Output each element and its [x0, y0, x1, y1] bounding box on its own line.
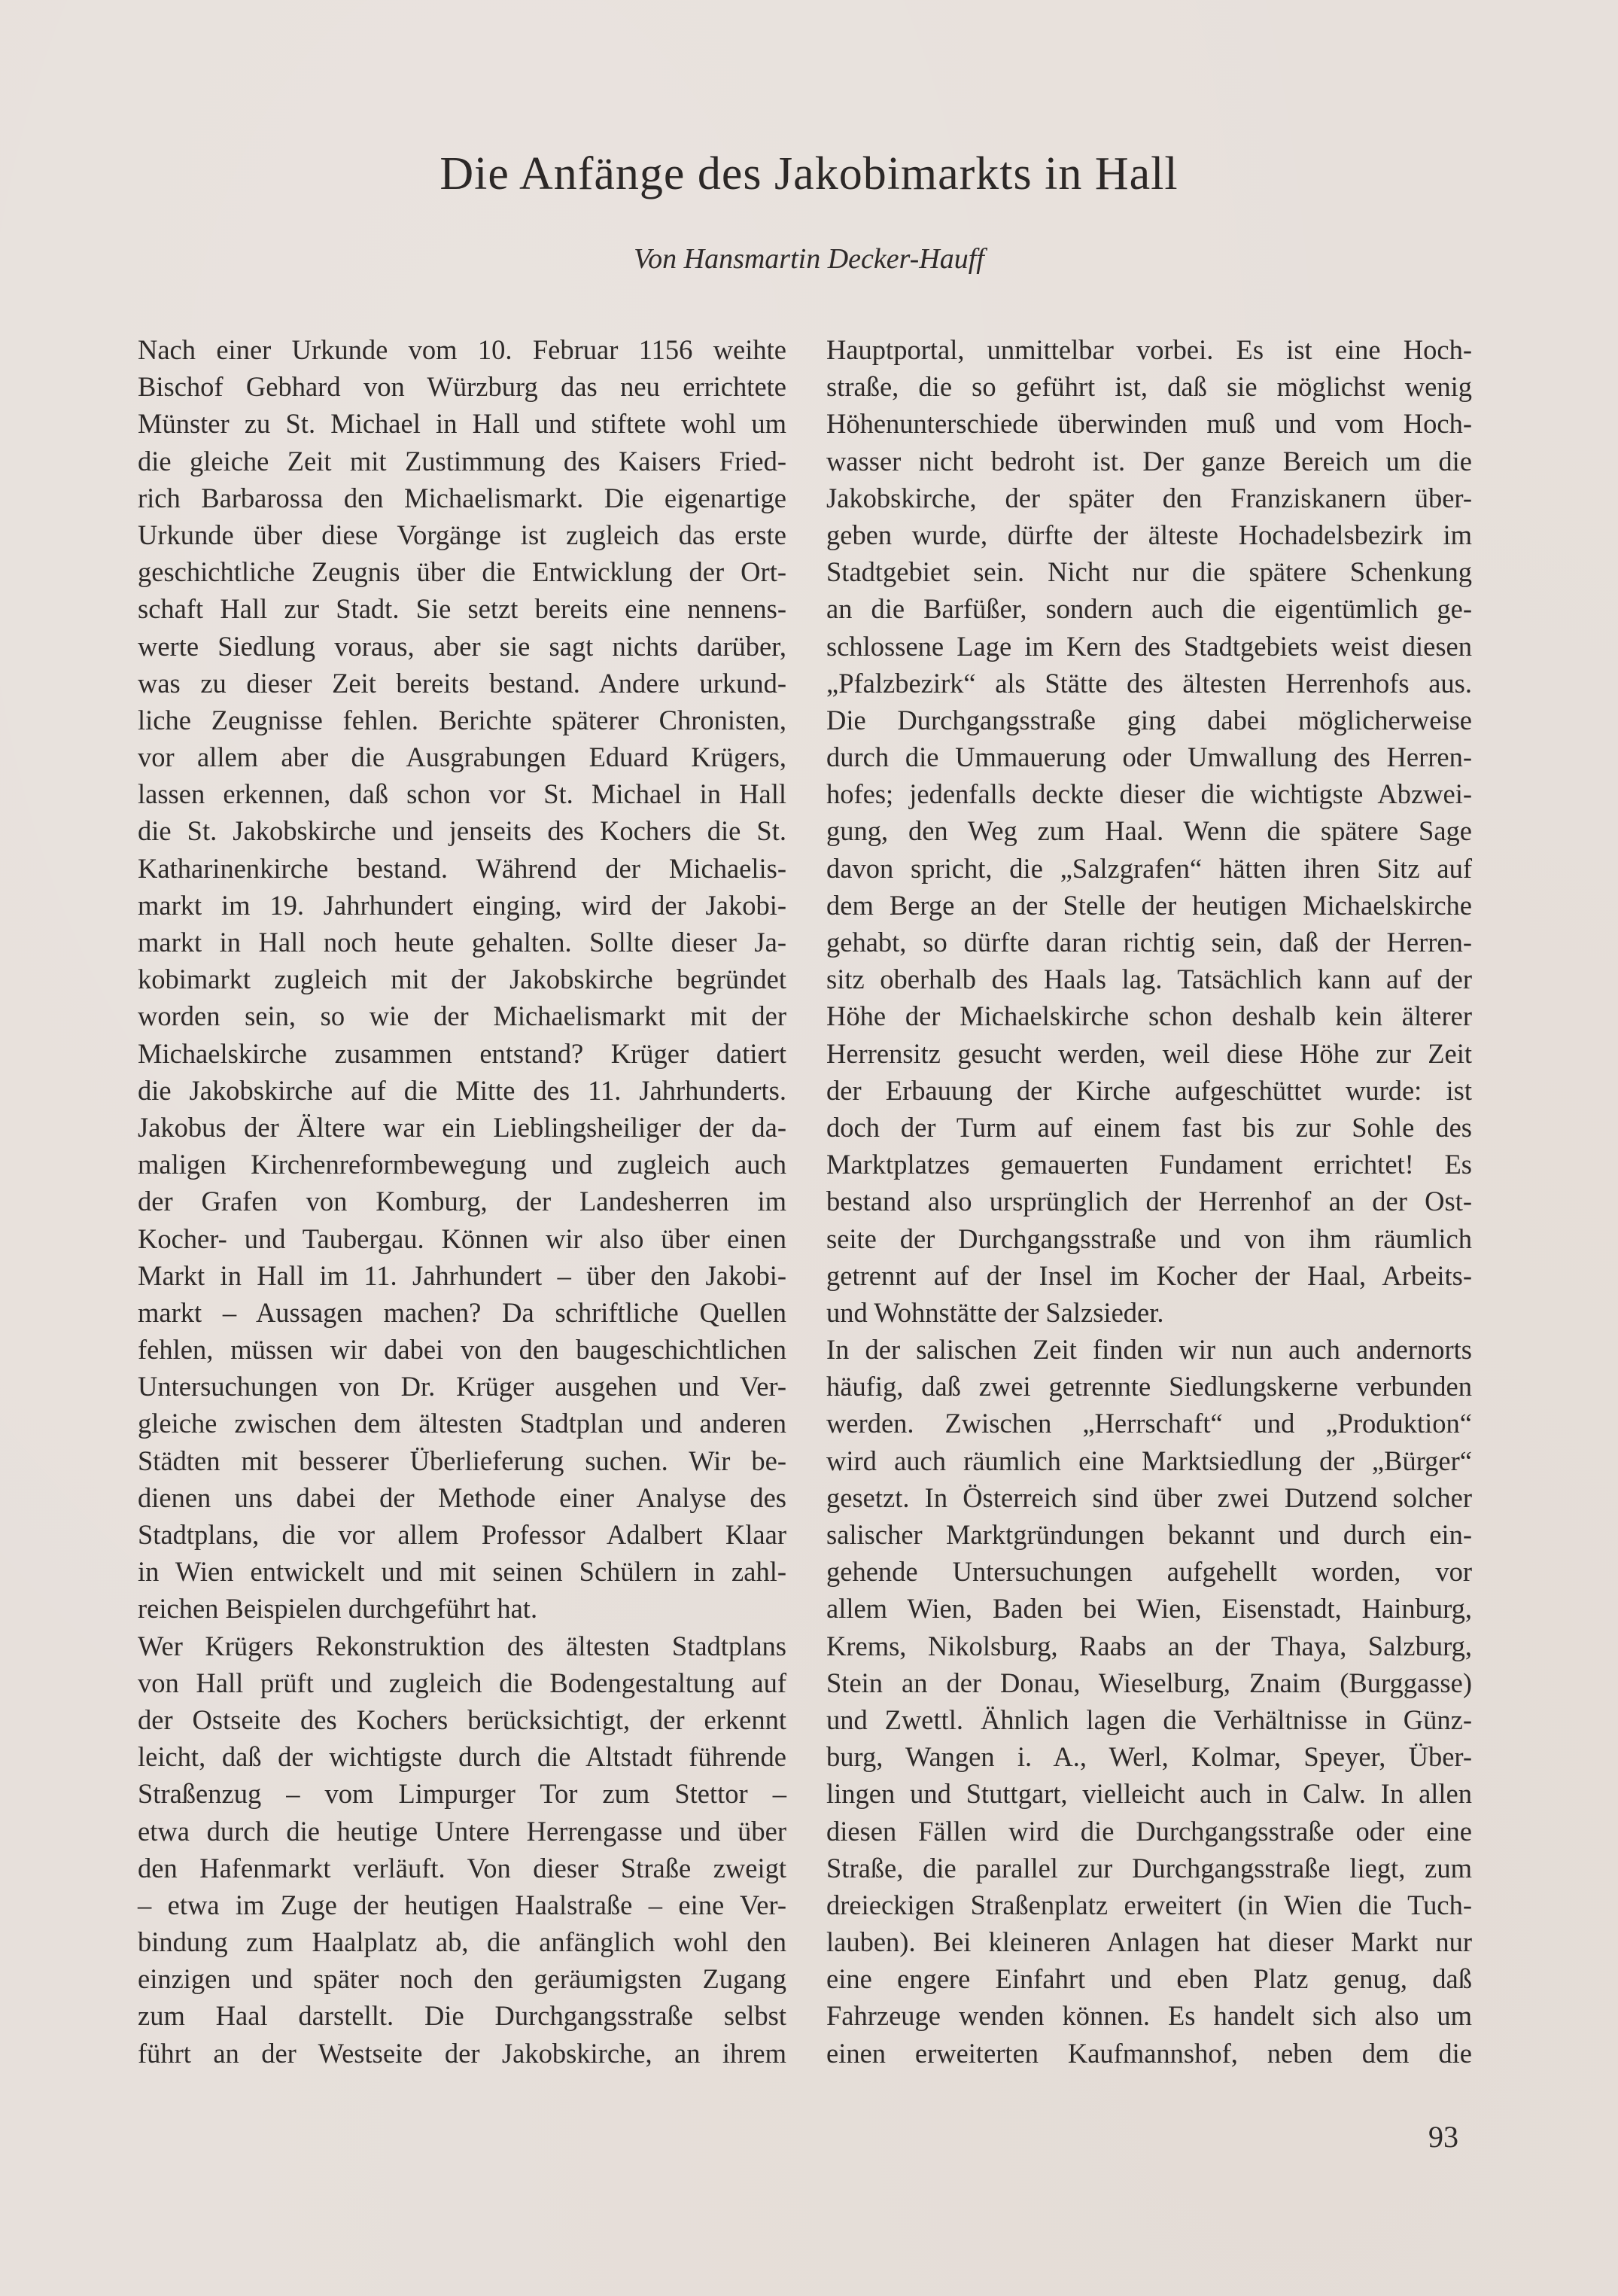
- text-line: Nach einer Urkunde vom 10. Februar 1156 …: [138, 331, 786, 368]
- text-line: geben wurde, dürfte der älteste Hochadel…: [826, 516, 1472, 553]
- text-line: und Wohnstätte der Salzsieder.: [826, 1294, 1472, 1331]
- text-line: lassen erkennen, daß schon vor St. Micha…: [138, 775, 786, 812]
- text-line: diesen Fällen wird die Durchgangsstraße …: [826, 1813, 1472, 1850]
- page-number: 93: [1428, 2119, 1458, 2154]
- text-line: Höhenunterschiede überwinden muß und vom…: [826, 405, 1472, 442]
- text-line: gehende Untersuchungen aufgehellt worden…: [826, 1553, 1472, 1590]
- text-line: schaft Hall zur Stadt. Sie setzt bereits…: [138, 590, 786, 627]
- text-line: „Pfalzbezirk“ als Stätte des ältesten He…: [826, 665, 1472, 702]
- text-line: markt – Aussagen machen? Da schriftliche…: [138, 1294, 786, 1331]
- text-line: Herrensitz gesucht werden, weil diese Hö…: [826, 1035, 1472, 1072]
- text-line: die St. Jakobskirche und jenseits des Ko…: [138, 812, 786, 849]
- text-line: Kocher- und Taubergau. Können wir also ü…: [138, 1220, 786, 1257]
- text-line: Bischof Gebhard von Würzburg das neu err…: [138, 368, 786, 405]
- text-line: Jakobskirche, der später den Franziskane…: [826, 480, 1472, 516]
- text-line: wasser nicht bedroht ist. Der ganze Bere…: [826, 443, 1472, 480]
- text-line: liche Zeugnisse fehlen. Berichte spätere…: [138, 702, 786, 738]
- text-line: Untersuchungen von Dr. Krüger ausgehen u…: [138, 1368, 786, 1405]
- text-line: Höhe der Michaelskirche schon deshalb ke…: [826, 997, 1472, 1034]
- text-line: schlossene Lage im Kern des Stadtgebiets…: [826, 628, 1472, 665]
- text-line: werte Siedlung voraus, aber sie sagt nic…: [138, 628, 786, 665]
- text-line: worden sein, so wie der Michaelismarkt m…: [138, 997, 786, 1034]
- body-column-left: Nach einer Urkunde vom 10. Februar 1156 …: [138, 331, 786, 2072]
- text-line: markt im 19. Jahrhundert einging, wird d…: [138, 887, 786, 924]
- text-line: Markt in Hall im 11. Jahrhundert – über …: [138, 1257, 786, 1294]
- text-line: Stadtgebiet sein. Nicht nur die spätere …: [826, 553, 1472, 590]
- body-column-right: Hauptportal, unmittelbar vorbei. Es ist …: [826, 331, 1472, 2072]
- text-line: gung, den Weg zum Haal. Wenn die spätere…: [826, 812, 1472, 849]
- text-line: der Grafen von Komburg, der Landesherren…: [138, 1183, 786, 1220]
- text-line: – etwa im Zuge der heutigen Haalstraße –…: [138, 1886, 786, 1923]
- text-line: reichen Beispielen durchgeführt hat.: [138, 1590, 786, 1627]
- text-line: vor allem aber die Ausgrabungen Eduard K…: [138, 738, 786, 775]
- text-line: Wer Krügers Rekonstruktion des ältesten …: [138, 1628, 786, 1664]
- text-line: was zu dieser Zeit bereits bestand. Ande…: [138, 665, 786, 702]
- text-line: fehlen, müssen wir dabei von den baugesc…: [138, 1331, 786, 1368]
- text-line: häufig, daß zwei getrennte Siedlungskern…: [826, 1368, 1472, 1405]
- text-line: Urkunde über diese Vorgänge ist zugleich…: [138, 516, 786, 553]
- text-line: Stadtplans, die vor allem Professor Adal…: [138, 1516, 786, 1553]
- document-page: Die Anfänge des Jakobimarkts in Hall Von…: [0, 0, 1618, 2296]
- text-line: Stein an der Donau, Wieselburg, Znaim (B…: [826, 1664, 1472, 1701]
- text-line: allem Wien, Baden bei Wien, Eisenstadt, …: [826, 1590, 1472, 1627]
- text-line: lingen und Stuttgart, vielleicht auch in…: [826, 1775, 1472, 1812]
- text-line: durch die Ummauerung oder Umwallung des …: [826, 738, 1472, 775]
- text-line: Katharinenkirche bestand. Während der Mi…: [138, 850, 786, 887]
- article-title: Die Anfänge des Jakobimarkts in Hall: [0, 148, 1618, 201]
- text-line: gehabt, so dürfte daran richtig sein, da…: [826, 924, 1472, 961]
- text-line: dem Berge an der Stelle der heutigen Mic…: [826, 887, 1472, 924]
- text-line: hofes; jedenfalls deckte dieser die wich…: [826, 775, 1472, 812]
- text-line: markt in Hall noch heute gehalten. Sollt…: [138, 924, 786, 961]
- text-line: eine engere Einfahrt und eben Platz genu…: [826, 1960, 1472, 1997]
- text-line: Straßenzug – vom Limpurger Tor zum Stett…: [138, 1775, 786, 1812]
- text-line: Jakobus der Ältere war ein Lieblingsheil…: [138, 1109, 786, 1146]
- text-line: Michaelskirche zusammen entstand? Krüger…: [138, 1035, 786, 1072]
- text-line: getrennt auf der Insel im Kocher der Haa…: [826, 1257, 1472, 1294]
- text-line: in Wien entwickelt und mit seinen Schüle…: [138, 1553, 786, 1590]
- text-line: führt an der Westseite der Jakobskirche,…: [138, 2035, 786, 2072]
- text-line: leicht, daß der wichtigste durch die Alt…: [138, 1738, 786, 1775]
- text-line: Hauptportal, unmittelbar vorbei. Es ist …: [826, 331, 1472, 368]
- text-line: In der salischen Zeit finden wir nun auc…: [826, 1331, 1472, 1368]
- text-line: Städten mit besserer Überlieferung suche…: [138, 1442, 786, 1479]
- text-line: wird auch räumlich eine Marktsiedlung de…: [826, 1442, 1472, 1479]
- text-line: den Hafenmarkt verläuft. Von dieser Stra…: [138, 1850, 786, 1886]
- text-line: die Jakobskirche auf die Mitte des 11. J…: [138, 1072, 786, 1109]
- text-line: doch der Turm auf einem fast bis zur Soh…: [826, 1109, 1472, 1146]
- article-byline: Von Hansmartin Decker-Hauff: [0, 242, 1618, 276]
- text-line: Krems, Nikolsburg, Raabs an der Thaya, S…: [826, 1628, 1472, 1664]
- text-line: werden. Zwischen „Herrschaft“ und „Produ…: [826, 1405, 1472, 1442]
- text-line: der Erbauung der Kirche aufgeschüttet wu…: [826, 1072, 1472, 1109]
- text-line: straße, die so geführt ist, daß sie mögl…: [826, 368, 1472, 405]
- text-line: zum Haal darstellt. Die Durchgangsstraße…: [138, 1997, 786, 2034]
- text-line: rich Barbarossa den Michaelismarkt. Die …: [138, 480, 786, 516]
- text-line: seite der Durchgangsstraße und von ihm r…: [826, 1220, 1472, 1257]
- text-line: Fahrzeuge wenden können. Es handelt sich…: [826, 1997, 1472, 2034]
- text-line: kobimarkt zugleich mit der Jakobskirche …: [138, 961, 786, 997]
- text-line: etwa durch die heutige Untere Herrengass…: [138, 1813, 786, 1850]
- text-line: die gleiche Zeit mit Zustimmung des Kais…: [138, 443, 786, 480]
- text-line: geschichtliche Zeugnis über die Entwickl…: [138, 553, 786, 590]
- text-line: davon spricht, die „Salzgrafen“ hätten i…: [826, 850, 1472, 887]
- text-line: bestand also ursprünglich der Herrenhof …: [826, 1183, 1472, 1220]
- text-line: Die Durchgangsstraße ging dabei mögliche…: [826, 702, 1472, 738]
- text-line: salischer Marktgründungen bekannt und du…: [826, 1516, 1472, 1553]
- text-line: Marktplatzes gemauerten Fundament errich…: [826, 1146, 1472, 1183]
- text-line: der Ostseite des Kochers berücksichtigt,…: [138, 1701, 786, 1738]
- text-line: burg, Wangen i. A., Werl, Kolmar, Speyer…: [826, 1738, 1472, 1775]
- text-line: einzigen und später noch den geräumigste…: [138, 1960, 786, 1997]
- text-line: einen erweiterten Kaufmannshof, neben de…: [826, 2035, 1472, 2072]
- text-line: lauben). Bei kleineren Anlagen hat diese…: [826, 1923, 1472, 1960]
- text-line: gleiche zwischen dem ältesten Stadtplan …: [138, 1405, 786, 1442]
- text-line: dreieckigen Straßenplatz erweitert (in W…: [826, 1886, 1472, 1923]
- text-line: dienen uns dabei der Methode einer Analy…: [138, 1479, 786, 1516]
- text-line: an die Barfüßer, sondern auch die eigent…: [826, 590, 1472, 627]
- text-line: Straße, die parallel zur Durchgangsstraß…: [826, 1850, 1472, 1886]
- text-line: sitz oberhalb des Haals lag. Tatsächlich…: [826, 961, 1472, 997]
- text-line: Münster zu St. Michael in Hall und stift…: [138, 405, 786, 442]
- text-line: und Zwettl. Ähnlich lagen die Verhältnis…: [826, 1701, 1472, 1738]
- text-line: bindung zum Haalplatz ab, die anfänglich…: [138, 1923, 786, 1960]
- text-line: von Hall prüft und zugleich die Bodenges…: [138, 1664, 786, 1701]
- text-line: maligen Kirchenreformbewegung und zuglei…: [138, 1146, 786, 1183]
- text-line: gesetzt. In Österreich sind über zwei Du…: [826, 1479, 1472, 1516]
